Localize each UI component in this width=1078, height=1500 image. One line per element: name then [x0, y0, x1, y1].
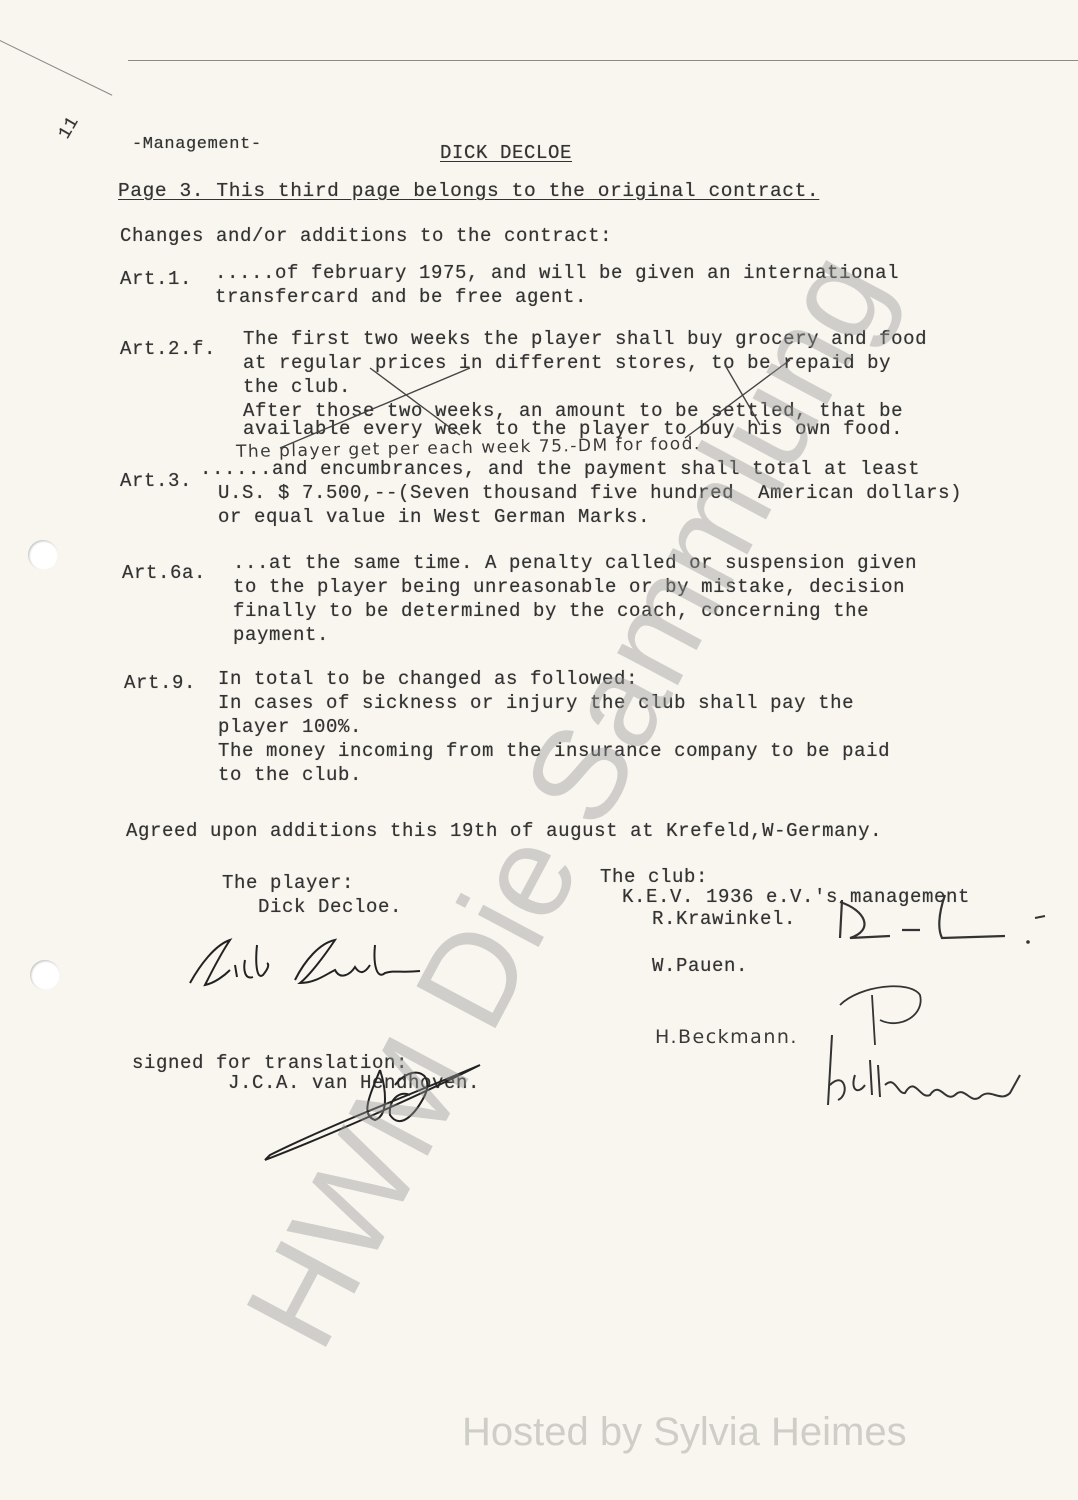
article-label: Art.6a.	[122, 562, 206, 584]
article-line: U.S. $ 7.500,--(Seven thousand five hund…	[218, 482, 962, 504]
player-label: The player:	[222, 872, 354, 894]
club-signer-krawinkel: R.Krawinkel.	[652, 908, 796, 930]
krawinkel-signature	[830, 890, 1060, 950]
player-name: Dick Decloe.	[258, 896, 402, 918]
club-signer-beckmann: H.Beckmann.	[655, 1026, 798, 1048]
article-line: player 100%.	[218, 716, 362, 738]
article-line: to the club.	[218, 764, 362, 786]
beckmann-signature	[820, 975, 1050, 1115]
article-line: or equal value in West German Marks.	[218, 506, 650, 528]
article-label: Art.3.	[120, 470, 192, 492]
article-line: to the player being unreasonable or by m…	[233, 576, 905, 598]
article-line: ...at the same time. A penalty called or…	[233, 552, 917, 574]
article-label: Art.9.	[124, 672, 196, 694]
hosted-by-watermark: Hosted by Sylvia Heimes	[462, 1410, 907, 1455]
club-label: The club:	[600, 866, 708, 888]
club-signer-pauen: W.Pauen.	[652, 955, 748, 977]
article-line: payment.	[233, 624, 329, 646]
article-line: finally to be determined by the coach, c…	[233, 600, 869, 622]
